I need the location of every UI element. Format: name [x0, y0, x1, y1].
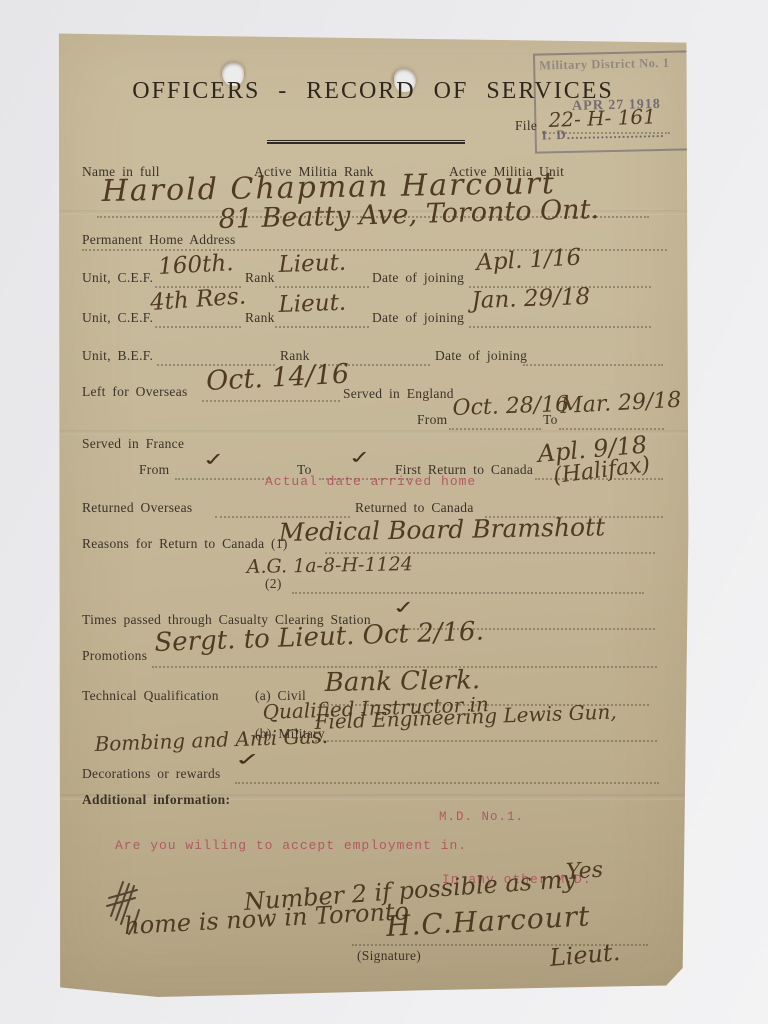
military-value-2: Bombing and Anti Gas.	[94, 724, 328, 756]
reasons-return-label: Reasons for Return to Canada (1)	[82, 536, 288, 552]
dotted-line	[449, 428, 541, 430]
file-label: File	[515, 118, 537, 134]
france-to-checkmark: ✓	[346, 447, 375, 469]
additional-note-line2: home is now in Toronto	[124, 897, 410, 940]
signature-rank-value: Lieut.	[549, 938, 622, 972]
dotted-line	[469, 326, 651, 328]
actual-date-arrived-label: Actual date arrived home	[265, 474, 476, 489]
dotted-line	[202, 400, 340, 402]
england-to-value: Mar. 29/18	[560, 388, 682, 419]
dotted-line	[559, 428, 664, 430]
decorations-checkmark: ✓	[232, 749, 265, 770]
returned-to-canada-label: Returned to Canada	[355, 500, 474, 516]
document-paper: OFFICERS - RECORD OF SERVICES Military D…	[57, 32, 689, 998]
left-for-overseas-value: Oct. 14/16	[205, 359, 350, 397]
md-no1-note: M.D. No.1.	[439, 810, 524, 824]
rank1-label: Rank	[245, 270, 275, 286]
reasons-return-value: Medical Board Bramshott	[278, 512, 605, 547]
signature-value: H.C.Harcourt	[385, 899, 591, 943]
dotted-line	[523, 364, 663, 366]
technical-qualification-label: Technical Qualification	[82, 688, 219, 704]
rank2-value: Lieut.	[278, 290, 346, 318]
france-from-checkmark: ✓	[200, 449, 229, 471]
dotted-line	[542, 132, 670, 134]
promotions-label: Promotions	[82, 648, 147, 664]
rank1-value: Lieut.	[278, 250, 346, 278]
unit-cef1-value: 160th.	[158, 250, 235, 280]
dotted-line	[175, 478, 271, 480]
stamp-district-text: Military District No. 1	[539, 56, 670, 74]
photo-backdrop: OFFICERS - RECORD OF SERVICES Military D…	[0, 0, 768, 1024]
dotted-line	[312, 740, 657, 742]
dotted-line	[275, 286, 369, 288]
served-in-france-label: Served in France	[82, 436, 184, 452]
dotted-line	[292, 592, 644, 594]
reasons-reference-value: A.G. 1a-8-H-1124	[247, 553, 413, 578]
margin-scribble-icon	[103, 876, 151, 954]
additional-information-label: Additional information:	[82, 792, 230, 808]
signature-label: (Signature)	[357, 948, 421, 964]
decorations-label: Decorations or rewards	[82, 766, 221, 782]
unit-cef2-value: 4th Res.	[149, 283, 247, 316]
employment-question: Are you willing to accept employment in.	[115, 838, 467, 853]
join2-label: Date of joining	[372, 310, 464, 326]
returned-overseas-label: Returned Overseas	[82, 500, 192, 516]
england-from-label: From	[417, 412, 447, 428]
join1-label: Date of joining	[372, 270, 464, 286]
left-for-overseas-label: Left for Overseas	[82, 384, 188, 400]
england-to-label: To	[543, 412, 558, 428]
unit-bef-label: Unit, B.E.F.	[82, 348, 153, 364]
reasons-2-label: (2)	[265, 576, 282, 592]
join1-value: Apl. 1/16	[476, 245, 582, 276]
dotted-line	[275, 326, 369, 328]
dotted-line	[155, 326, 241, 328]
unit-cef1-label: Unit, C.E.F.	[82, 270, 153, 286]
dotted-line	[235, 782, 659, 784]
join2-value: Jan. 29/18	[471, 284, 590, 314]
home-address-label: Permanent Home Address	[82, 232, 236, 248]
military-district-stamp: Military District No. 1 APR 27 1918 I. D…	[533, 50, 691, 153]
france-from-label: From	[139, 462, 169, 478]
casualty-clearing-checkmark: ✓	[390, 597, 419, 619]
rank2-label: Rank	[245, 310, 275, 326]
bef-join-label: Date of joining	[435, 348, 527, 364]
served-in-england-label: Served in England	[343, 386, 454, 402]
title-rule	[267, 140, 465, 144]
unit-cef2-label: Unit, C.E.F.	[82, 310, 153, 326]
file-number-value: 22- H- 161	[548, 104, 656, 132]
